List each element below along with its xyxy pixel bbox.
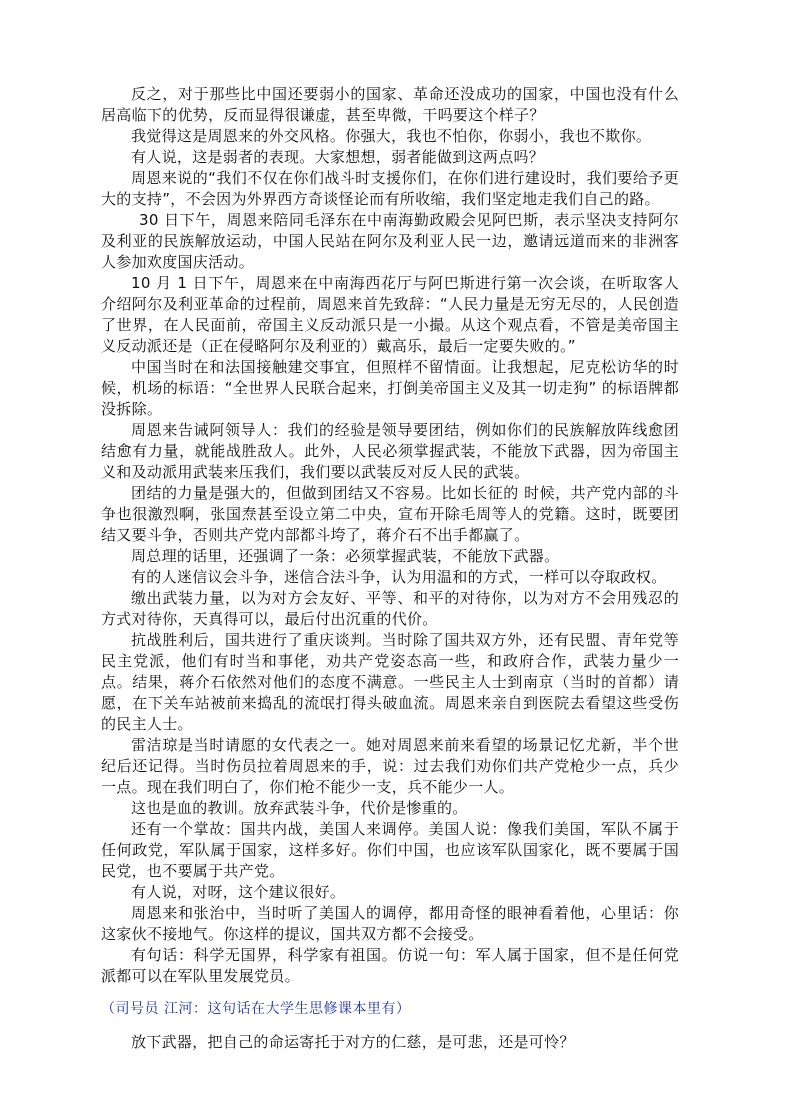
paragraph: 有人说，这是弱者的表现。大家想想，弱者能做到这两点吗？ — [101, 147, 679, 168]
paragraph: 有人说，对呀，这个建议很好。 — [101, 882, 679, 903]
paragraph: 中国当时在和法国接触建交事宜，但照样不留情面。让我想起，尼克松访华的时候，机场的… — [101, 357, 679, 420]
paragraph: 反之，对于那些比中国还要弱小的国家、革命还没成功的国家，中国也没有什么居高临下的… — [101, 84, 679, 126]
paragraph: 这也是血的教训。放弃武装斗争，代价是惨重的。 — [101, 798, 679, 819]
paragraph: 抗战胜利后，国共进行了重庆谈判。当时除了国共双方外，还有民盟、青年党等民主党派，… — [101, 630, 679, 735]
document-body: 反之，对于那些比中国还要弱小的国家、革命还没成功的国家，中国也没有什么居高临下的… — [101, 84, 679, 1053]
paragraph: 有句话：科学无国界，科学家有祖国。仿说一句：军人属于国家，但不是任何党派都可以在… — [101, 945, 679, 987]
editor-note: （司号员 江河：这句话在大学生思修课本里有） — [101, 999, 679, 1020]
paragraph: 周恩来和张治中，当时听了美国人的调停，都用奇怪的眼神看着他，心里话：你这家伙不接… — [101, 903, 679, 945]
paragraph: 缴出武装力量，以为对方会友好、平等、和平的对待你，以为对方不会用残忍的方式对待你… — [101, 588, 679, 630]
closing-paragraph: 放下武器，把自己的命运寄托于对方的仁慈，是可悲，还是可怜？ — [101, 1032, 679, 1053]
paragraph: 周恩来告诫阿领导人：我们的经验是领导要团结，例如你们的民族解放阵线愈团结愈有力量… — [101, 420, 679, 483]
paragraph: 10 月 1 日下午，周恩来在中南海西花厅与阿巴斯进行第一次会谈，在听取客人介绍… — [101, 273, 679, 357]
paragraph: 周恩来说的“我们不仅在你们战斗时支援你们，在你们进行建设时，我们要给予更大的支持… — [101, 168, 679, 210]
paragraph: 团结的力量是强大的，但做到团结又不容易。比如长征的 时候，共产党内部的斗争也很激… — [101, 483, 679, 546]
paragraph: 有的人迷信议会斗争，迷信合法斗争，认为用温和的方式，一样可以夺取政权。 — [101, 567, 679, 588]
paragraph: 周总理的话里，还强调了一条：必须掌握武装，不能放下武器。 — [101, 546, 679, 567]
paragraph: 30 日下午，周恩来陪同毛泽东在中南海勤政殿会见阿巴斯，表示坚决支持阿尔及利亚的… — [101, 210, 679, 273]
paragraph: 雷洁琼是当时请愿的女代表之一。她对周恩来前来看望的场景记忆尤新，半个世纪后还记得… — [101, 735, 679, 798]
paragraph: 我觉得这是周恩来的外交风格。你强大，我也不怕你，你弱小，我也不欺你。 — [101, 126, 679, 147]
paragraph: 还有一个掌故：国共内战，美国人来调停。美国人说：像我们美国，军队不属于任何政党，… — [101, 819, 679, 882]
